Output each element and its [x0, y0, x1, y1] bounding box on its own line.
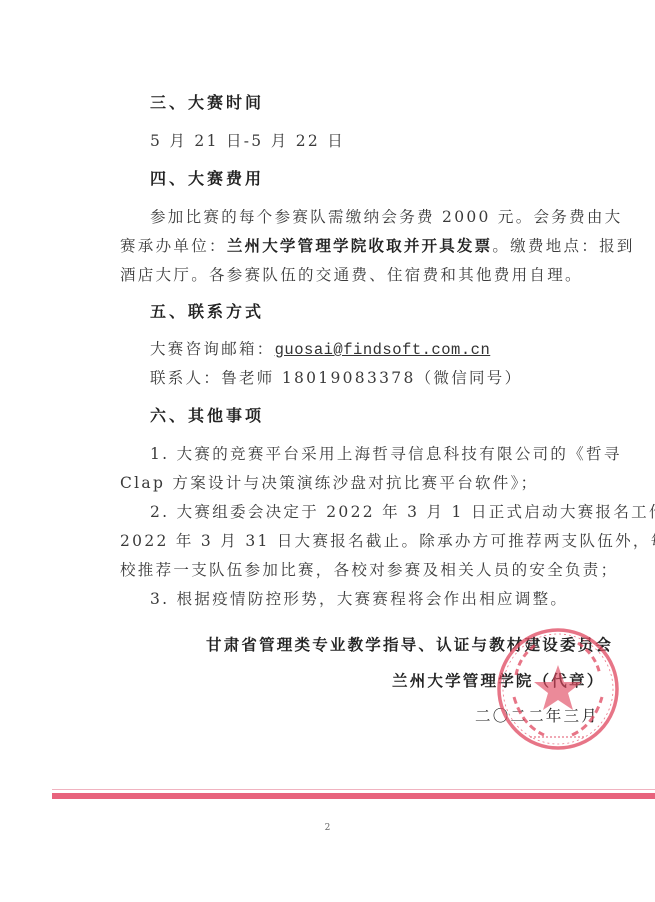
document-page: 三、大赛时间 5 月 21 日-5 月 22 日 四、大赛费用 参加比赛的每个参… — [0, 0, 655, 902]
section-heading-fees: 四、大赛费用 — [150, 169, 646, 189]
contact-email-line: 大赛咨询邮箱：guosai@findsoft.com.cn — [150, 339, 646, 360]
contact-person: 联系人：鲁老师 18019083378（微信同号） — [150, 368, 646, 388]
fees-line-3: 酒店大厅。各参赛队伍的交通费、住宿费和其他费用自理。 — [120, 265, 616, 285]
item-1-line-2: Clap 方案设计与决策演练沙盘对抗比赛平台软件》； — [120, 473, 616, 493]
fees-line-1: 参加比赛的每个参赛队需缴纳会务费 2000 元。会务费由大 — [150, 207, 616, 227]
fees-bold-text: 兰州大学管理学院收取并开具发票 — [227, 237, 493, 255]
fees-line-2-suffix: 。缴费地点：报到 — [492, 237, 634, 255]
email-link[interactable]: guosai@findsoft.com.cn — [275, 341, 491, 359]
section-heading-other: 六、其他事项 — [150, 406, 646, 426]
item-1-line-1: 1. 大赛的竞赛平台采用上海哲寻信息科技有限公司的《哲寻 — [150, 444, 616, 464]
item-2-line-1: 2. 大赛组委会决定于 2022 年 3 月 1 日正式启动大赛报名工作， — [150, 502, 616, 522]
fees-line-2-prefix: 赛承办单位： — [120, 237, 227, 255]
official-seal-icon — [494, 625, 622, 753]
section-heading-time: 三、大赛时间 — [150, 93, 646, 113]
page-number: 2 — [0, 823, 655, 833]
footer-rule-thick — [52, 793, 655, 799]
item-3-line-1: 3. 根据疫情防控形势，大赛赛程将会作出相应调整。 — [150, 589, 646, 609]
item-2-line-2: 2022 年 3 月 31 日大赛报名截止。除承办方可推荐两支队伍外，每 — [120, 531, 616, 551]
item-2-line-3: 校推荐一支队伍参加比赛，各校对参赛及相关人员的安全负责； — [120, 560, 616, 580]
fees-line-2: 赛承办单位：兰州大学管理学院收取并开具发票。缴费地点：报到 — [120, 236, 616, 256]
section-heading-contact: 五、联系方式 — [150, 302, 646, 322]
email-label: 大赛咨询邮箱： — [150, 340, 275, 358]
competition-dates: 5 月 21 日-5 月 22 日 — [150, 131, 646, 151]
footer-rule-thin — [52, 789, 655, 790]
